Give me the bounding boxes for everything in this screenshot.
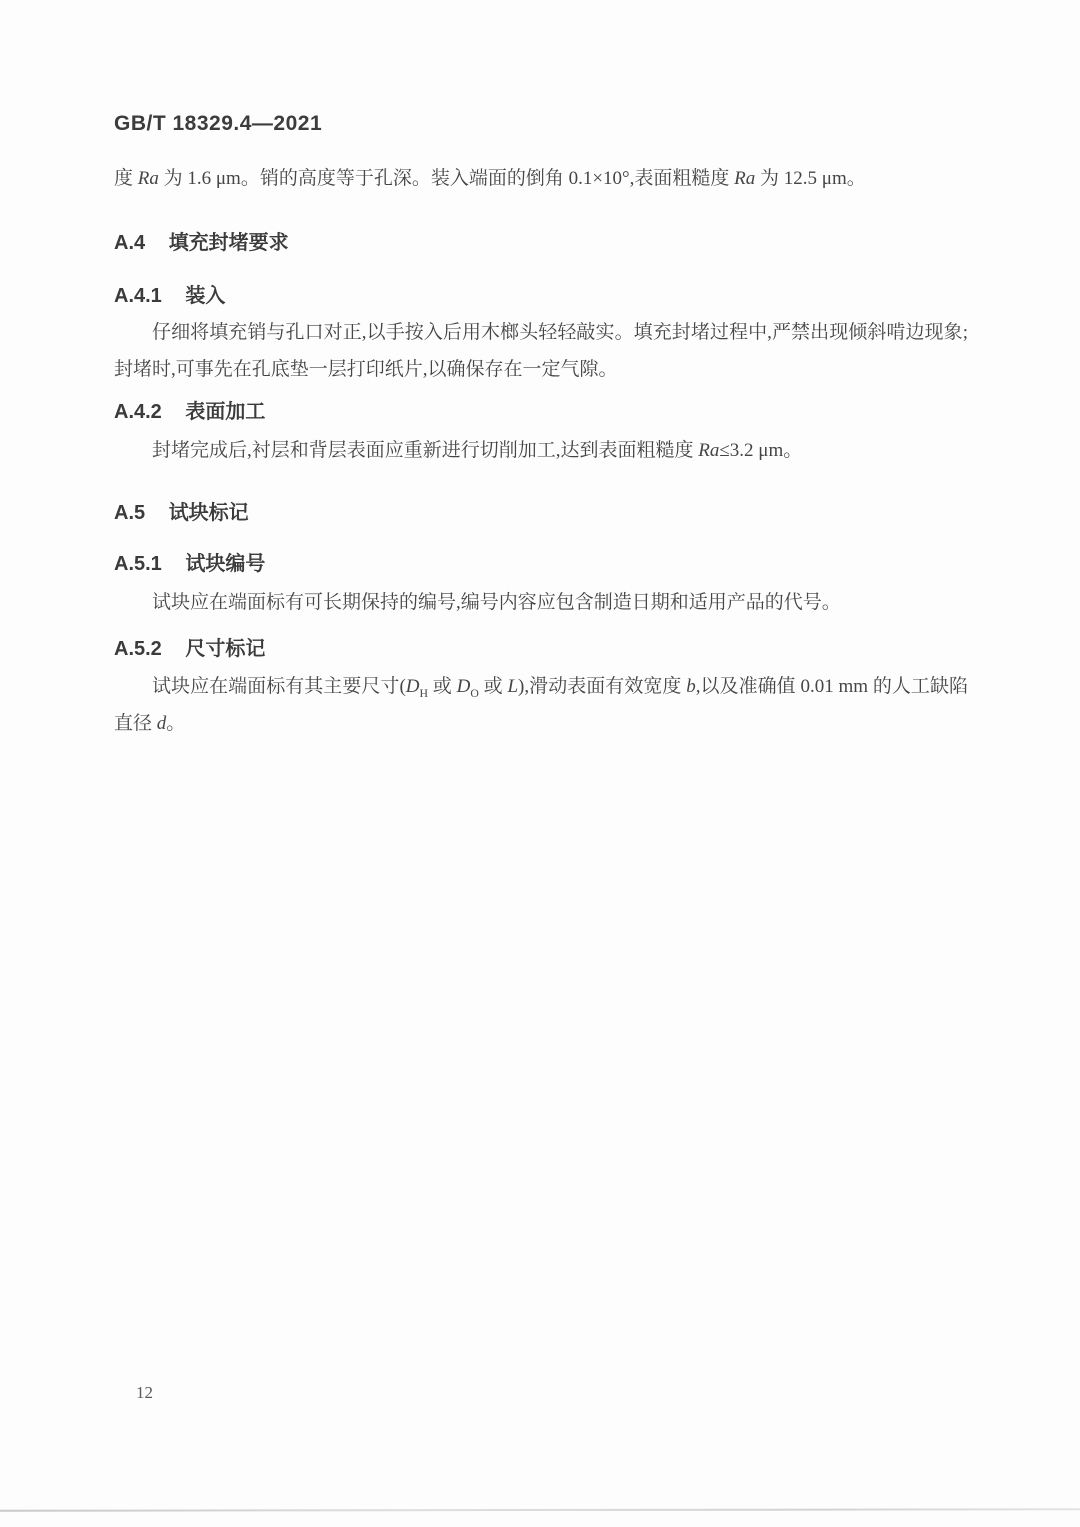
section-title: 试块编号: [185, 547, 265, 576]
section-heading-a41: A.4.1 装入: [114, 279, 225, 308]
section-id: A.5.2: [114, 638, 162, 661]
section-id: A.4: [114, 232, 145, 255]
section-title: 填充封堵要求: [169, 226, 289, 255]
paragraph-a41: 仔细将填充销与孔口对正,以手按入后用木榔头轻轻敲实。填充封堵过程中,严禁出现倾斜…: [114, 314, 968, 388]
page-bottom-edge: [0, 1508, 1080, 1512]
section-title: 表面加工: [185, 395, 265, 424]
section-heading-a52: A.5.2 尺寸标记: [114, 632, 265, 661]
paragraph-a42: 封堵完成后,衬层和背层表面应重新进行切削加工,达到表面粗糙度 Ra≤3.2 μm…: [114, 432, 968, 469]
section-title: 试块标记: [169, 496, 249, 525]
section-id: A.5.1: [114, 553, 162, 576]
continuation-paragraph: 度 Ra 为 1.6 μm。销的高度等于孔深。装入端面的倒角 0.1×10°,表…: [114, 160, 968, 197]
paragraph-a51: 试块应在端面标有可长期保持的编号,编号内容应包含制造日期和适用产品的代号。: [114, 584, 968, 621]
section-heading-a4: A.4 填充封堵要求: [114, 226, 289, 255]
page-number: 12: [136, 1383, 153, 1403]
paragraph-a52: 试块应在端面标有其主要尺寸(DH 或 DO 或 L),滑动表面有效宽度 b,以及…: [114, 668, 968, 742]
section-id: A.5: [114, 502, 145, 525]
section-title: 装入: [185, 279, 225, 308]
section-heading-a42: A.4.2 表面加工: [114, 395, 265, 424]
section-heading-a5: A.5 试块标记: [114, 496, 249, 525]
section-title: 尺寸标记: [185, 632, 265, 661]
section-id: A.4.2: [114, 401, 162, 424]
section-heading-a51: A.5.1 试块编号: [114, 547, 265, 576]
standard-number: GB/T 18329.4—2021: [114, 112, 322, 136]
section-id: A.4.1: [114, 285, 162, 308]
document-page: GB/T 18329.4—2021 度 Ra 为 1.6 μm。销的高度等于孔深…: [0, 0, 1080, 1527]
